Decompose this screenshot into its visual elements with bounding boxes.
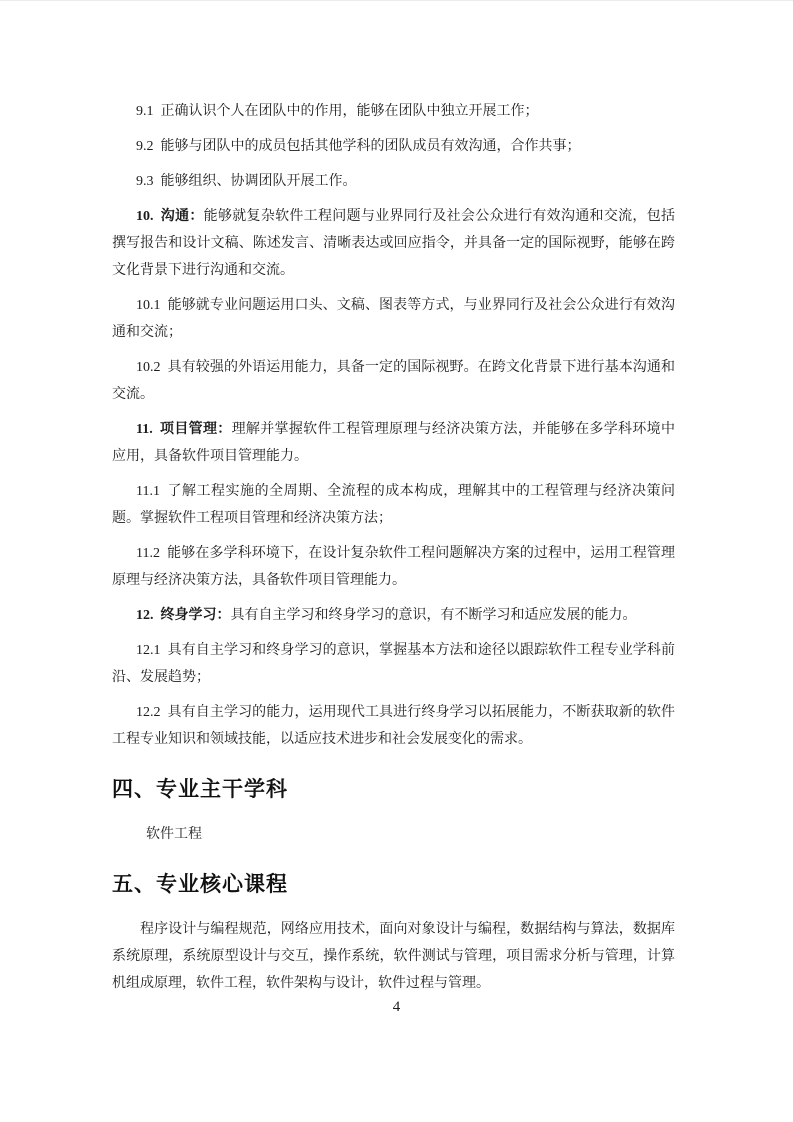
paragraph-12-2: 12.2 具有自主学习的能力，运用现代工具进行终身学习以拓展能力，不断获取新的软… bbox=[112, 699, 675, 753]
paragraph-9-2: 9.2 能够与团队中的成员包括其他学科的团队成员有效沟通，合作共事； bbox=[112, 133, 675, 160]
paragraph-10-2: 10.2 具有较强的外语运用能力，具备一定的国际视野。在跨文化背景下进行基本沟通… bbox=[112, 354, 675, 408]
page-number: 4 bbox=[0, 997, 793, 1017]
document-content: 9.1 正确认识个人在团队中的作用，能够在团队中独立开展工作； 9.2 能够与团… bbox=[112, 98, 675, 1005]
paragraph-12-1: 12.1 具有自主学习和终身学习的意识，掌握基本方法和途径以跟踪软件工程专业学科… bbox=[112, 637, 675, 691]
section-heading-major-discipline: 四、专业主干学科 bbox=[112, 775, 675, 805]
bold-lead-10: 10. 沟通： bbox=[136, 209, 204, 224]
paragraph-11: 11. 项目管理：理解并掌握软件工程管理原理与经济决策方法，并能够在多学科环境中… bbox=[112, 416, 675, 470]
paragraph-9-3: 9.3 能够组织、协调团队开展工作。 bbox=[112, 168, 675, 195]
bold-lead-11: 11. 项目管理： bbox=[136, 422, 232, 437]
paragraph-9-1: 9.1 正确认识个人在团队中的作用，能够在团队中独立开展工作； bbox=[112, 98, 675, 125]
section-heading-core-courses: 五、专业核心课程 bbox=[112, 870, 675, 900]
paragraph-10: 10. 沟通：能够就复杂软件工程问题与业界同行及社会公众进行有效沟通和交流，包括… bbox=[112, 203, 675, 284]
document-page: 9.1 正确认识个人在团队中的作用，能够在团队中独立开展工作； 9.2 能够与团… bbox=[0, 0, 793, 1122]
paragraph-10-1: 10.1 能够就专业问题运用口头、文稿、图表等方式，与业界同行及社会公众进行有效… bbox=[112, 292, 675, 346]
paragraph-text: 具有自主学习和终身学习的意识，有不断学习和适应发展的能力。 bbox=[231, 608, 637, 623]
paragraph-12: 12. 终身学习：具有自主学习和终身学习的意识，有不断学习和适应发展的能力。 bbox=[112, 602, 675, 629]
paragraph-major-discipline: 软件工程 bbox=[112, 821, 675, 848]
paragraph-core-courses: 程序设计与编程规范，网络应用技术，面向对象设计与编程，数据结构与算法，数据库系统… bbox=[112, 916, 675, 997]
paragraph-11-2: 11.2 能够在多学科环境下，在设计复杂软件工程问题解决方案的过程中，运用工程管… bbox=[112, 540, 675, 594]
bold-lead-12: 12. 终身学习： bbox=[136, 608, 231, 623]
paragraph-11-1: 11.1 了解工程实施的全周期、全流程的成本构成，理解其中的工程管理与经济决策问… bbox=[112, 478, 675, 532]
